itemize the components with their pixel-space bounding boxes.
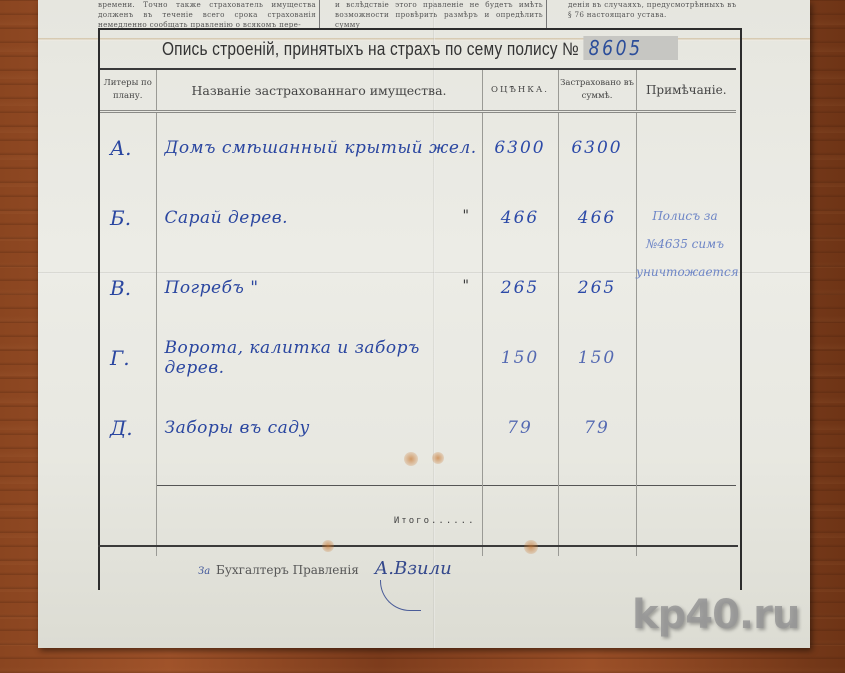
- building-inventory-form: Опись строеній, принятыхъ на страхъ по с…: [98, 28, 742, 590]
- printed-clause-fragment-2: и вслѣдствіе этого правленіе не будетъ и…: [335, 0, 547, 30]
- signature-prefix: За: [198, 566, 210, 577]
- row-valuation: 466: [482, 183, 558, 253]
- row-insured-sum: 6300: [558, 112, 636, 184]
- row-letter: Д.: [100, 393, 156, 463]
- row-remarks: [636, 323, 736, 393]
- row-letter: А.: [100, 112, 156, 184]
- row-insured-sum: 466: [558, 183, 636, 253]
- row-remarks: [636, 393, 736, 463]
- signature-handwritten: А.Взили: [375, 558, 452, 579]
- table-row: Г. Ворота, калитка и заборъ дерев. 150 1…: [100, 323, 736, 393]
- ditto-mark: ": [463, 208, 470, 224]
- row-insured-sum: 79: [558, 393, 636, 463]
- table-bottom-rule: [98, 545, 738, 547]
- rust-stain: [322, 540, 334, 552]
- table-header-row: Литеры по плану. Названіе застрахованнаг…: [100, 69, 736, 112]
- remarks-note: Полисъ за №4635 симъ уничтожается: [636, 202, 734, 286]
- rust-stain: [404, 452, 418, 466]
- row-valuation: 79: [482, 393, 558, 463]
- policy-number: 8605: [583, 36, 678, 60]
- row-insured-sum: 150: [558, 323, 636, 393]
- rust-stain: [524, 540, 538, 554]
- row-valuation: 265: [482, 253, 558, 323]
- signature-role: Бухгалтеръ Правленія: [216, 563, 359, 577]
- printed-clause-fragment-3: денія въ случаяхъ, предусмотрѣнныхъ въ §…: [568, 0, 738, 20]
- property-name-text: Погребъ ": [165, 278, 259, 298]
- form-title: Опись строеній, принятыхъ на страхъ по с…: [145, 36, 695, 64]
- rust-stain: [432, 452, 444, 464]
- column-header-valuation: ОЦѢНКА.: [482, 69, 558, 112]
- row-remarks: [636, 112, 736, 184]
- property-name-text: Сарай дерев.: [165, 208, 289, 228]
- row-property-name: Сарай дерев. ": [156, 183, 482, 253]
- row-letter: Г.: [100, 323, 156, 393]
- property-name-text: Заборы въ саду: [165, 418, 310, 438]
- ditto-mark: ": [463, 278, 470, 294]
- row-letter: В.: [100, 253, 156, 323]
- column-header-plan-letters: Литеры по плану.: [100, 69, 156, 112]
- row-property-name: Погребъ " ": [156, 253, 482, 323]
- property-name-text: Домъ смѣшанный крытый жел.: [165, 138, 477, 158]
- column-header-insured-sum: Застраховано въ суммѣ.: [558, 69, 636, 112]
- accountant-signature-line: За Бухгалтеръ Правленія А.Взили: [198, 558, 452, 579]
- column-header-remarks: Примѣчаніе.: [636, 69, 736, 112]
- row-valuation: 6300: [482, 112, 558, 184]
- table-row-spacer: [100, 463, 736, 486]
- form-title-text: Опись строеній, принятыхъ на страхъ по с…: [162, 39, 579, 59]
- row-property-name: Домъ смѣшанный крытый жел.: [156, 112, 482, 184]
- row-valuation: 150: [482, 323, 558, 393]
- site-watermark: kp40.ru: [632, 592, 799, 638]
- row-letter: Б.: [100, 183, 156, 253]
- row-property-name: Ворота, калитка и заборъ дерев.: [156, 323, 482, 393]
- property-name-text: Ворота, калитка и заборъ дерев.: [165, 338, 420, 378]
- table-row: А. Домъ смѣшанный крытый жел. 6300 6300: [100, 112, 736, 184]
- row-insured-sum: 265: [558, 253, 636, 323]
- inventory-table: Литеры по плану. Названіе застрахованнаг…: [100, 68, 736, 556]
- table-row: Д. Заборы въ саду 79 79: [100, 393, 736, 463]
- column-header-property-name: Названіе застрахованнаго имущества.: [156, 69, 482, 112]
- printed-clause-fragment-1: времени. Точно также страхователь имущес…: [98, 0, 320, 30]
